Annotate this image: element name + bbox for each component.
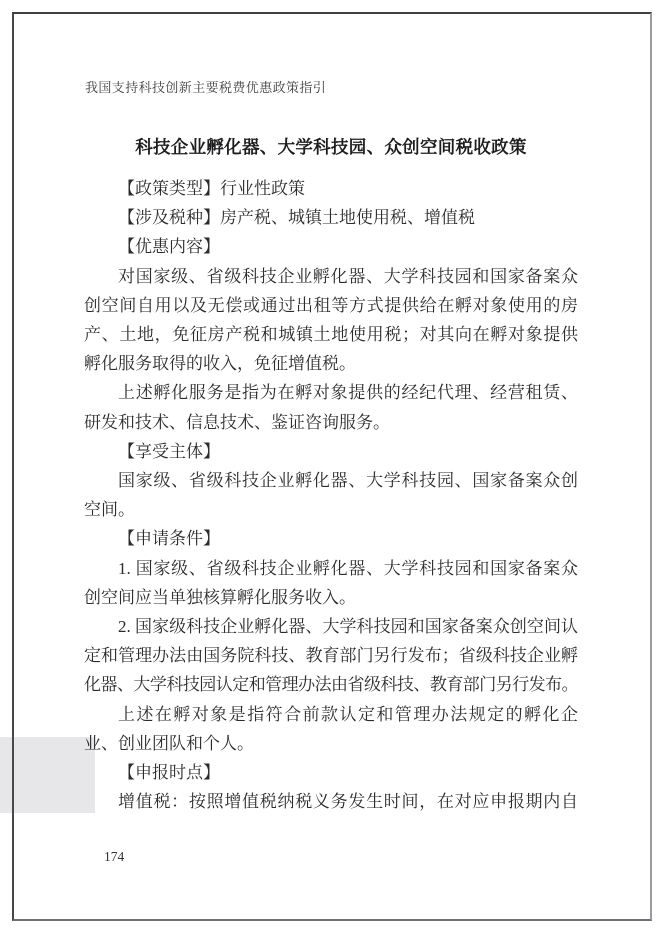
body-line: 研发和技术、信息技术、鉴证咨询服务。 [84, 408, 578, 437]
body-line: 创空间应当单独核算孵化服务收入。 [84, 583, 578, 612]
body-line: 定和管理办法由国务院科技、教育部门另行发布；省级科技企业孵 [84, 641, 578, 670]
body-line: 【涉及税种】房产税、城镇土地使用税、增值税 [84, 203, 578, 232]
document-page: 我国支持科技创新主要税费优惠政策指引 科技企业孵化器、大学科技园、众创空间税收政… [0, 0, 664, 929]
body-line: 对国家级、省级科技企业孵化器、大学科技园和国家备案众 [84, 262, 578, 291]
body-line: 创空间自用以及无偿或通过出租等方式提供给在孵对象使用的房 [84, 291, 578, 320]
body-line: 增值税：按照增值税纳税义务发生时间，在对应申报期内自 [84, 787, 578, 816]
body-line: 空间。 [84, 495, 578, 524]
body-line: 【申请条件】 [84, 524, 578, 553]
body-line: 产、土地，免征房产税和城镇土地使用税；对其向在孵对象提供 [84, 320, 578, 349]
running-header: 我国支持科技创新主要税费优惠政策指引 [85, 77, 326, 96]
body-line: 国家级、省级科技企业孵化器、大学科技园、国家备案众创 [84, 466, 578, 495]
body-line: 上述孵化服务是指为在孵对象提供的经纪代理、经营租赁、 [84, 378, 578, 407]
body-line: 1. 国家级、省级科技企业孵化器、大学科技园和国家备案众 [84, 554, 578, 583]
body-line: 孵化服务取得的收入，免征增值税。 [84, 349, 578, 378]
page-title: 科技企业孵化器、大学科技园、众创空间税收政策 [84, 134, 578, 159]
body-line: 【享受主体】 [84, 437, 578, 466]
body-line: 业、创业团队和个人。 [84, 729, 578, 758]
body-line: 【优惠内容】 [84, 232, 578, 261]
page-number: 174 [104, 849, 124, 865]
body-line: 上述在孵对象是指符合前款认定和管理办法规定的孵化企 [84, 700, 578, 729]
body-line: 【政策类型】行业性政策 [84, 174, 578, 203]
body-line: 【申报时点】 [84, 758, 578, 787]
body-text: 【政策类型】行业性政策【涉及税种】房产税、城镇土地使用税、增值税【优惠内容】对国… [84, 174, 578, 816]
body-line: 化器、大学科技园认定和管理办法由省级科技、教育部门另行发布。 [84, 670, 578, 699]
body-line: 2. 国家级科技企业孵化器、大学科技园和国家备案众创空间认 [84, 612, 578, 641]
